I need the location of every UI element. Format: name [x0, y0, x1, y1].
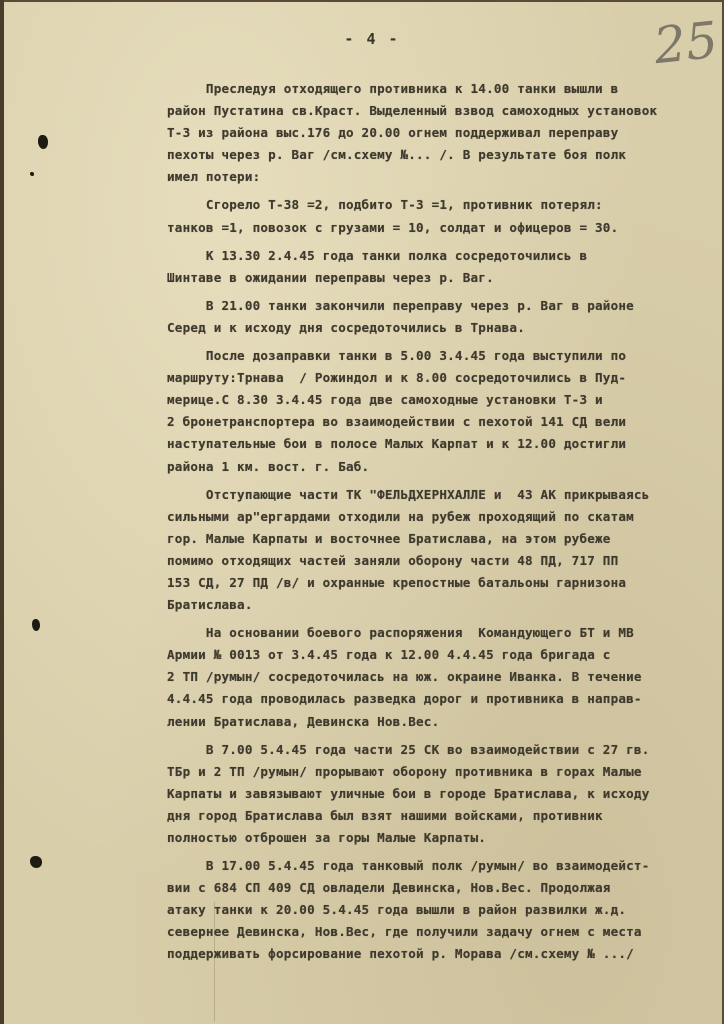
text-line: наступательные бои в полосе Малых Карпат… — [167, 433, 722, 455]
paragraph: В 17.00 5.4.45 года танковый полк /румын… — [167, 855, 722, 965]
text-line: Серед и к исходу дня сосредоточились в Т… — [167, 317, 722, 339]
text-line: поддерживать форсирование пехотой р. Мор… — [167, 943, 722, 965]
text-line: Братислава. — [167, 594, 722, 616]
paragraph: После дозаправки танки в 5.00 3.4.45 год… — [167, 345, 722, 478]
text-line: 4.4.45 года проводилась разведка дорог и… — [167, 688, 722, 710]
binding-hole — [30, 172, 34, 176]
text-line: В 17.00 5.4.45 года танковый полк /румын… — [167, 855, 722, 877]
text-line: лении Братислава, Девинска Нов.Вес. — [167, 711, 722, 733]
text-line: Т-3 из района выс.176 до 20.00 огнем под… — [167, 122, 722, 144]
paragraph: Сгорело Т-38 =2, подбито Т-3 =1, противн… — [167, 194, 722, 238]
binding-hole — [32, 619, 40, 631]
handwritten-folio-number: 25 — [651, 11, 720, 75]
text-line: района 1 км. вост. г. Баб. — [167, 456, 722, 478]
paragraph: К 13.30 2.4.45 года танки полка сосредот… — [167, 245, 722, 289]
text-line: полностью отброшен за горы Малые Карпаты… — [167, 827, 722, 849]
text-line: маршруту:Трнава / Рожиндол и к 8.00 соср… — [167, 367, 722, 389]
paragraph: В 21.00 танки закончили переправу через … — [167, 295, 722, 339]
paragraph: В 7.00 5.4.45 года части 25 СК во взаимо… — [167, 739, 722, 849]
text-line: гор. Малые Карпаты и восточнее Братислав… — [167, 528, 722, 550]
page-number: - 4 - — [342, 30, 402, 48]
text-line: 153 СД, 27 ПД /в/ и охранные крепостные … — [167, 572, 722, 594]
text-line: атаку танки к 20.00 5.4.45 года вышли в … — [167, 899, 722, 921]
text-line: К 13.30 2.4.45 года танки полка сосредот… — [167, 245, 722, 267]
text-line: Отступающие части ТК "ФЕЛЬДХЕРНХАЛЛЕ и 4… — [167, 484, 722, 506]
text-line: В 7.00 5.4.45 года части 25 СК во взаимо… — [167, 739, 722, 761]
binding-hole — [38, 135, 48, 149]
text-line: Шинтаве в ожидании переправы через р. Ва… — [167, 267, 722, 289]
text-line: ТБр и 2 ТП /румын/ прорывают оборону про… — [167, 761, 722, 783]
text-line: 2 бронетранспортера во взаимодействии с … — [167, 411, 722, 433]
text-line: В 21.00 танки закончили переправу через … — [167, 295, 722, 317]
text-line: танков =1, повозок с грузами = 10, солда… — [167, 217, 722, 239]
text-line: Армии № 0013 от 3.4.45 года к 12.00 4.4.… — [167, 644, 722, 666]
paragraph: Отступающие части ТК "ФЕЛЬДХЕРНХАЛЛЕ и 4… — [167, 484, 722, 617]
text-line: помимо отходящих частей заняли оборону ч… — [167, 550, 722, 572]
paragraph: На основании боевого распоряжения Команд… — [167, 622, 722, 732]
archival-document-page: - 4 - 25 Преследуя отходящего противника… — [4, 2, 722, 1024]
text-line: район Пустатина св.Краст. Выделенный взв… — [167, 100, 722, 122]
text-line: севернее Девинска, Нов.Вес, где получили… — [167, 921, 722, 943]
text-line: На основании боевого распоряжения Команд… — [167, 622, 722, 644]
text-line: После дозаправки танки в 5.00 3.4.45 год… — [167, 345, 722, 367]
text-line: вии с 684 СП 409 СД овладели Девинска, Н… — [167, 877, 722, 899]
text-line: пехоты через р. Ваг /см.схему №... /. В … — [167, 144, 722, 166]
text-line: сильными ар"ергардами отходили на рубеж … — [167, 506, 722, 528]
typewritten-body: Преследуя отходящего противника к 14.00 … — [167, 78, 722, 966]
binding-hole — [30, 856, 42, 868]
text-line: Преследуя отходящего противника к 14.00 … — [167, 78, 722, 100]
text-line: Сгорело Т-38 =2, подбито Т-3 =1, противн… — [167, 194, 722, 216]
text-line: Карпаты и завязывают уличные бои в город… — [167, 783, 722, 805]
text-line: дня город Братислава был взят нашими вой… — [167, 805, 722, 827]
text-line: 2 ТП /румын/ сосредоточилась на юж. окра… — [167, 666, 722, 688]
paragraph: Преследуя отходящего противника к 14.00 … — [167, 78, 722, 188]
text-line: имел потери: — [167, 166, 722, 188]
text-line: мерице.С 8.30 3.4.45 года две самоходные… — [167, 389, 722, 411]
